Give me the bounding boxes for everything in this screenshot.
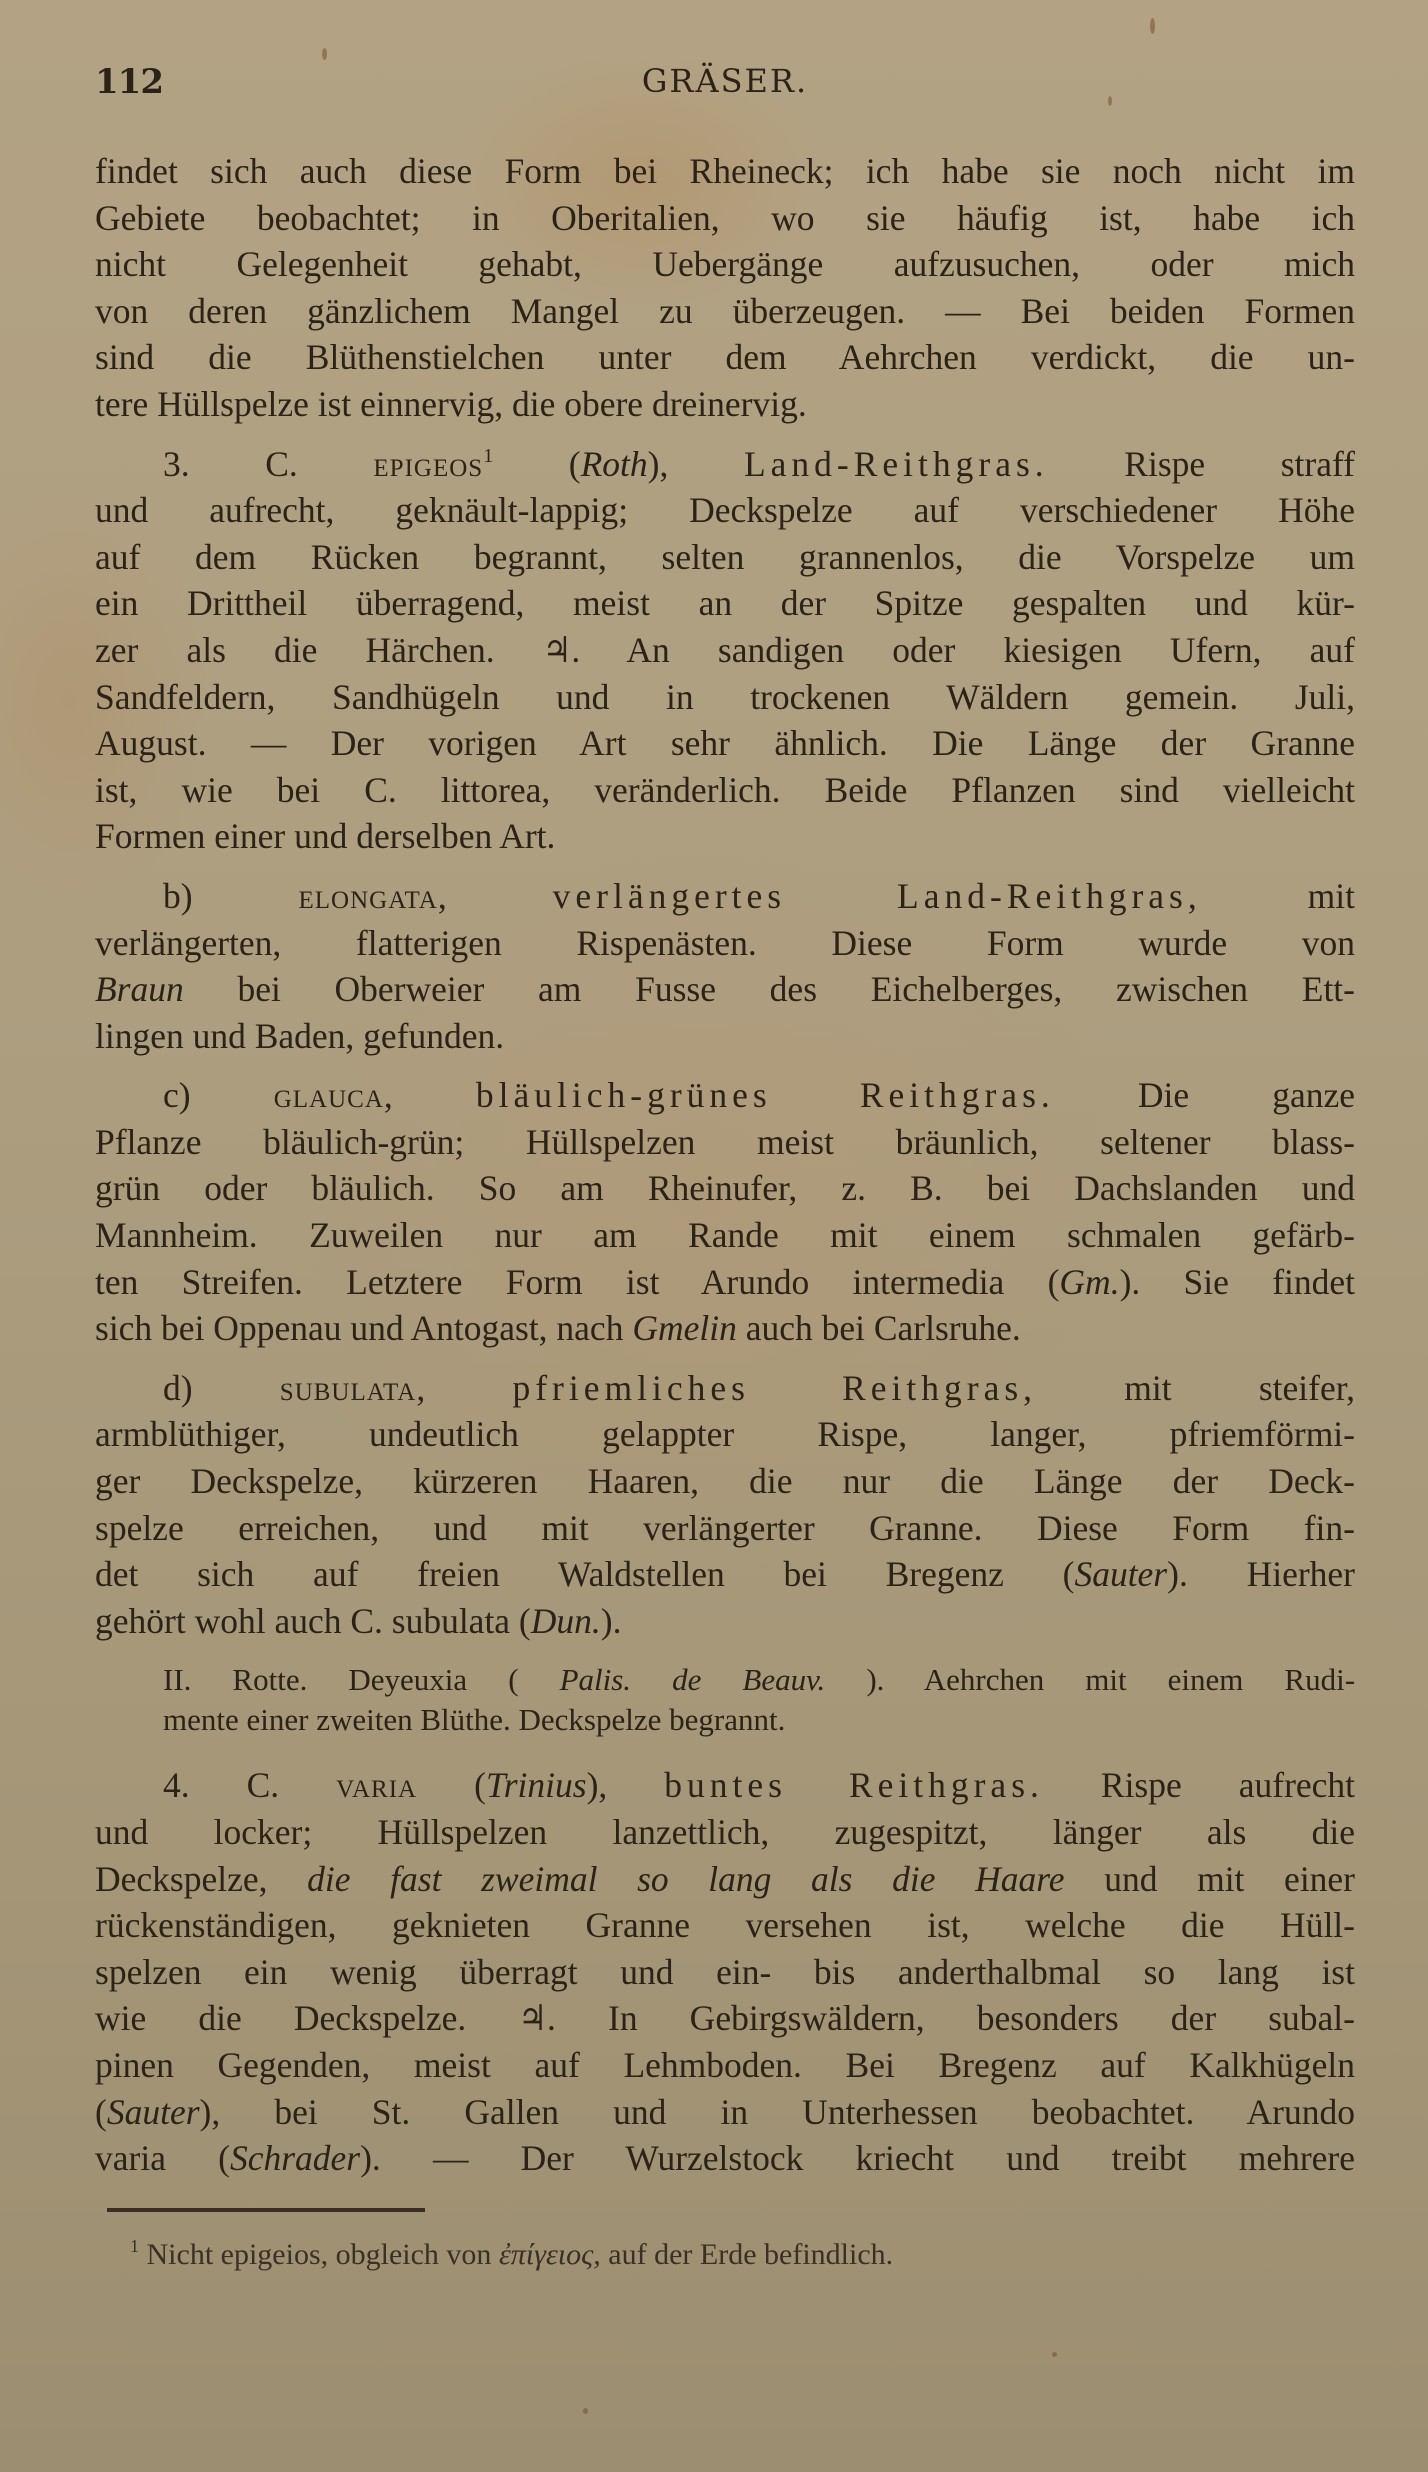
- page-header: 112 GRÄSER.: [95, 62, 1355, 112]
- text-line: grün oder bläulich. So am Rheinufer, z. …: [95, 1165, 1355, 1212]
- paper-speck: [1150, 18, 1155, 34]
- text-fragment: ). Sie findet: [1120, 1262, 1355, 1302]
- text-fragment: und mit einer: [1104, 1859, 1355, 1899]
- text-line: II. Rotte. Deyeuxia ( Palis. de Beauv. )…: [163, 1660, 1355, 1700]
- variety-label: b): [163, 876, 193, 916]
- entry-number: 4. C.: [163, 1765, 279, 1805]
- text-line: von deren gänzlichem Mangel zu überzeuge…: [95, 288, 1355, 335]
- text-line: Sandfeldern, Sandhügeln und in trockenen…: [95, 674, 1355, 721]
- text-line: auf dem Rücken begrannt, selten grannenl…: [95, 534, 1355, 581]
- footnote-text: auf der Erde befindlich.: [608, 2238, 893, 2271]
- variety-name: subulata: [280, 1368, 417, 1408]
- text-line: zer als die Härchen. ♃. An sandigen oder…: [95, 627, 1355, 674]
- text-fragment: mit steifer,: [1124, 1368, 1355, 1408]
- entry-heading-line: c) glauca, bläulich-grünes Reithgras. Di…: [95, 1072, 1355, 1119]
- text-line: ger Deckspelze, kürzeren Haaren, die nur…: [95, 1458, 1355, 1505]
- text-line: ist, wie bei C. littorea, veränderlich. …: [95, 767, 1355, 814]
- footnote: 1 Nicht epigeios, obgleich von ἐπίγειος,…: [130, 2238, 893, 2272]
- paragraph-continuation: findet sich auch diese Form bei Rheineck…: [95, 148, 1355, 428]
- author-name: Sauter: [1074, 1554, 1167, 1594]
- text-line: und aufrecht, geknäult-lappig; Deckspelz…: [95, 487, 1355, 534]
- text-line: mente einer zweiten Blüthe. Deckspelze b…: [163, 1700, 1355, 1740]
- author-name: Roth: [581, 444, 648, 484]
- text-line: gehört wohl auch C. subulata (Dun.).: [95, 1598, 1355, 1645]
- author-name: Braun: [95, 969, 184, 1009]
- species-entry-epigeos: 3. C. epigeos1 (Roth), Land-Reithgras. R…: [95, 441, 1355, 860]
- text-line: spelze erreichen, und mit verlängerter G…: [95, 1505, 1355, 1552]
- text-fragment: bei Oberweier am Fusse des Eichelberges,…: [237, 969, 1355, 1009]
- text-line: pinen Gegenden, meist auf Lehmboden. Bei…: [95, 2042, 1355, 2089]
- author-name: Gm.: [1059, 1262, 1119, 1302]
- text-line: Deckspelze, die fast zweimal so lang als…: [95, 1856, 1355, 1903]
- text-line: verlängerten, flatterigen Rispenästen. D…: [95, 920, 1355, 967]
- paper-speck: [1052, 2352, 1057, 2357]
- common-name: Land-Reithgras.: [744, 444, 1049, 484]
- running-title: GRÄSER.: [95, 62, 1355, 100]
- text-fragment: Deckspelze,: [95, 1859, 267, 1899]
- text-line: det sich auf freien Waldstellen bei Breg…: [95, 1551, 1355, 1598]
- variety-entry-glauca: c) glauca, bläulich-grünes Reithgras. Di…: [95, 1072, 1355, 1352]
- text-line: und locker; Hüllspelzen lanzettlich, zug…: [95, 1809, 1355, 1856]
- text-fragment: (: [95, 2092, 107, 2132]
- text-fragment: Rispe aufrecht: [1101, 1765, 1355, 1805]
- paper-speck: [322, 48, 327, 60]
- text-fragment: ). Hierher: [1167, 1554, 1355, 1594]
- paper-speck: [583, 2408, 588, 2414]
- entry-heading-line: 4. C. varia (Trinius), buntes Reithgras.…: [95, 1762, 1355, 1809]
- text-line: Pflanze bläulich-grün; Hüllspelzen meist…: [95, 1119, 1355, 1166]
- text-fragment: Rispe straff: [1124, 444, 1355, 484]
- author-name: Sauter: [107, 2092, 200, 2132]
- variety-label: d): [163, 1368, 193, 1408]
- text-line: tere Hüllspelze ist einnervig, die obere…: [95, 381, 1355, 428]
- text-fragment: II. Rotte. Deyeuxia (: [163, 1662, 519, 1697]
- text-line: armblüthiger, undeutlich gelappter Rispe…: [95, 1411, 1355, 1458]
- text-fragment: ).: [601, 1601, 622, 1641]
- text-line: varia (Schrader). — Der Wurzelstock krie…: [95, 2135, 1355, 2182]
- text-fragment: Die ganze: [1138, 1075, 1355, 1115]
- species-name: epigeos: [373, 444, 483, 484]
- text-fragment: sich bei Oppenau und Antogast, nach: [95, 1308, 623, 1348]
- text-fragment: gehört wohl auch C. subulata (: [95, 1601, 531, 1641]
- variety-name: elongata: [299, 876, 438, 916]
- variety-entry-elongata: b) elongata, verlängertes Land-Reithgras…: [95, 873, 1355, 1059]
- author-name: Schrader: [230, 2138, 360, 2178]
- common-name: verlängertes Land-Reithgras,: [553, 876, 1202, 916]
- text-line: nicht Gelegenheit gehabt, Uebergänge auf…: [95, 241, 1355, 288]
- text-fragment: det sich auf freien Waldstellen bei Breg…: [95, 1554, 1074, 1594]
- text-fragment: ), bei St. Gallen und in Unterhessen beo…: [200, 2092, 1355, 2132]
- author-name: Palis. de Beauv.: [560, 1662, 826, 1697]
- text-line: August. — Der vorigen Art sehr ähnlich. …: [95, 720, 1355, 767]
- common-name: buntes Reithgras.: [664, 1765, 1044, 1805]
- emphasis-text: die fast zweimal so lang als die Haare: [307, 1859, 1064, 1899]
- text-line: ten Streifen. Letztere Form ist Arundo i…: [95, 1259, 1355, 1306]
- text-line: wie die Deckspelze. ♃. In Gebirgswäldern…: [95, 1995, 1355, 2042]
- section-heading-rotte: II. Rotte. Deyeuxia ( Palis. de Beauv. )…: [95, 1660, 1355, 1740]
- author-name: Dun.: [531, 1601, 601, 1641]
- greek-word: ἐπίγειος,: [499, 2238, 601, 2271]
- variety-label: c): [163, 1075, 191, 1115]
- text-line: Formen einer und derselben Art.: [95, 813, 1355, 860]
- text-fragment: varia (: [95, 2138, 230, 2178]
- page-body: findet sich auch diese Form bei Rheineck…: [95, 148, 1355, 2195]
- entry-heading-line: b) elongata, verlängertes Land-Reithgras…: [95, 873, 1355, 920]
- species-name: varia: [336, 1765, 417, 1805]
- variety-entry-subulata: d) subulata, pfriemliches Reithgras, mit…: [95, 1365, 1355, 1645]
- text-fragment: ). — Der Wurzelstock kriecht und treibt …: [360, 2138, 1355, 2178]
- footnote-text: Nicht epigeios, obgleich von: [147, 2238, 492, 2271]
- text-line: sich bei Oppenau und Antogast, nach Gmel…: [95, 1305, 1355, 1352]
- text-fragment: mit: [1308, 876, 1355, 916]
- text-line: rückenständigen, geknieten Granne verseh…: [95, 1902, 1355, 1949]
- text-line: Mannheim. Zuweilen nur am Rande mit eine…: [95, 1212, 1355, 1259]
- text-fragment: ten Streifen. Letztere Form ist Arundo i…: [95, 1262, 1059, 1302]
- text-line: lingen und Baden, gefunden.: [95, 1013, 1355, 1060]
- text-line: (Sauter), bei St. Gallen und in Unterhes…: [95, 2089, 1355, 2136]
- species-entry-varia: 4. C. varia (Trinius), buntes Reithgras.…: [95, 1762, 1355, 2181]
- entry-number: 3. C.: [163, 444, 298, 484]
- text-line: Braun bei Oberweier am Fusse des Eichelb…: [95, 966, 1355, 1013]
- text-fragment: ). Aehrchen mit einem Rudi-: [866, 1662, 1355, 1697]
- author-name: Gmelin: [632, 1308, 737, 1348]
- entry-heading-line: d) subulata, pfriemliches Reithgras, mit…: [95, 1365, 1355, 1412]
- text-line: ein Drittheil überragend, meist an der S…: [95, 580, 1355, 627]
- text-line: findet sich auch diese Form bei Rheineck…: [95, 148, 1355, 195]
- text-fragment: auch bei Carlsruhe.: [746, 1308, 1021, 1348]
- text-line: sind die Blüthenstielchen unter dem Aehr…: [95, 334, 1355, 381]
- text-line: spelzen ein wenig überragt und ein- bis …: [95, 1949, 1355, 1996]
- footnote-marker[interactable]: 1: [483, 445, 493, 467]
- footnote-divider: [107, 2208, 425, 2212]
- text-line: Gebiete beobachtet; in Oberitalien, wo s…: [95, 195, 1355, 242]
- common-name: bläulich-grünes Reithgras.: [476, 1075, 1055, 1115]
- paper-speck: [1108, 96, 1112, 106]
- common-name: pfriemliches Reithgras,: [512, 1368, 1037, 1408]
- entry-heading-line: 3. C. epigeos1 (Roth), Land-Reithgras. R…: [95, 441, 1355, 488]
- author-name: Trinius: [486, 1765, 587, 1805]
- footnote-number: 1: [130, 2236, 139, 2256]
- variety-name: glauca: [274, 1075, 384, 1115]
